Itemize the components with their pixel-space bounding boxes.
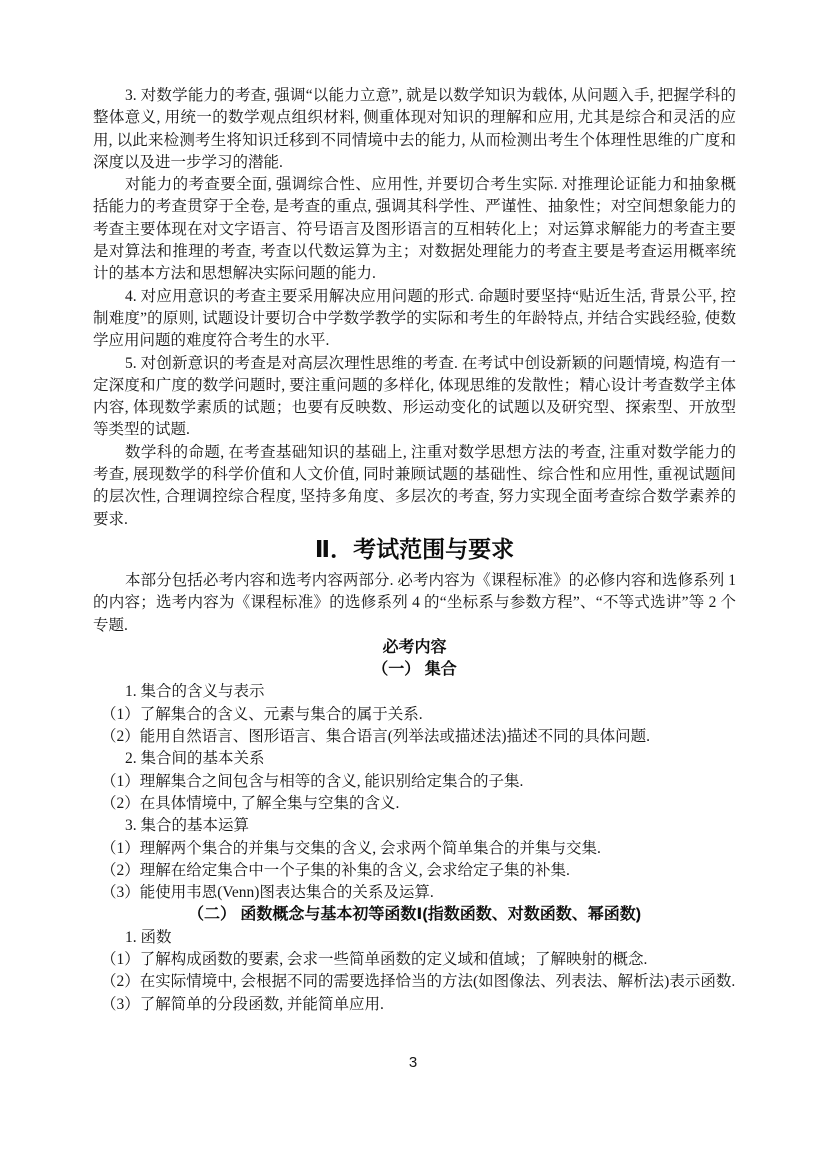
paragraph: 数学科的命题, 在考查基础知识的基础上, 注重对数学思想方法的考查, 注重对数学… [93,442,736,531]
paragraph: 本部分包括必考内容和选考内容两部分. 必考内容为《课程标准》的必修内容和选修系列… [93,570,736,637]
subsection-heading: （一） 集合 [93,659,736,681]
list-item: 1. 函数 [93,927,736,949]
paragraph: 4. 对应用意识的考查主要采用解决应用问题的形式. 命题时要坚持“贴近生活, 背… [93,286,736,353]
sub-list-item: （2）理解在给定集合中一个子集的补集的含义, 会求给定子集的补集. [93,860,736,882]
sub-list-item: （3）能使用韦恩(Venn)图表达集合的关系及运算. [93,882,736,904]
paragraph: 对能力的考查要全面, 强调综合性、应用性, 并要切合考生实际. 对推理论证能力和… [93,174,736,285]
document-page: 3. 对数学能力的考查, 强调“以能力立意”, 就是以数学知识为载体, 从问题入… [0,0,826,1169]
document-body: 3. 对数学能力的考查, 强调“以能力立意”, 就是以数学知识为载体, 从问题入… [93,85,736,1016]
section-title: Ⅱ．考试范围与要求 [93,534,736,565]
list-item: 1. 集合的含义与表示 [93,681,736,703]
sub-list-item: （2）能用自然语言、图形语言、集合语言(列举法或描述法)描述不同的具体问题. [93,726,736,748]
sub-list-item: （1）理解集合之间包含与相等的含义, 能识别给定集合的子集. [93,771,736,793]
list-item: 2. 集合间的基本关系 [93,748,736,770]
page-number: 3 [0,1052,826,1074]
sub-list-item: （1）理解两个集合的并集与交集的含义, 会求两个简单集合的并集与交集. [93,838,736,860]
sub-list-item: （1）了解构成函数的要素, 会求一些简单函数的定义域和值域；了解映射的概念. [93,949,736,971]
sub-list-item: （3）了解简单的分段函数, 并能简单应用. [93,994,736,1016]
list-item: 3. 集合的基本运算 [93,815,736,837]
paragraph: 3. 对数学能力的考查, 强调“以能力立意”, 就是以数学知识为载体, 从问题入… [93,85,736,174]
sub-list-item: （1）了解集合的含义、元素与集合的属于关系. [93,704,736,726]
sub-list-item: （2）在具体情境中, 了解全集与空集的含义. [93,793,736,815]
subsection-heading: 必考内容 [93,637,736,659]
subsection-heading: （二） 函数概念与基本初等函数Ⅰ(指数函数、对数函数、幂函数) [93,904,736,926]
paragraph: 5. 对创新意识的考查是对高层次理性思维的考查. 在考试中创设新颖的问题情境, … [93,353,736,442]
sub-list-item: （2）在实际情境中, 会根据不同的需要选择恰当的方法(如图像法、列表法、解析法)… [93,971,736,993]
